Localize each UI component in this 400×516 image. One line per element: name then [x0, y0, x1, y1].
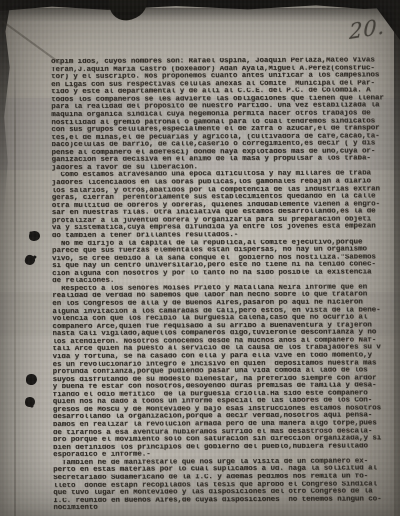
- photo-dark-edge-left: [0, 0, 11, 225]
- photo-dark-edge-top-fade: [0, 8, 400, 22]
- ink-blot: [29, 231, 40, 241]
- ink-blot: [24, 254, 36, 266]
- document-photo: orpim idos, cuyos nombres son: Rafael Os…: [0, 0, 400, 516]
- text-line: nocimiento: [53, 503, 397, 512]
- ink-blot: [26, 374, 37, 385]
- paper-crease-diagonal: [1, 20, 60, 64]
- letter-body: orpim idos, cuyos nombres son: Rafael Os…: [51, 57, 397, 513]
- paper-crease-vertical: [14, 50, 16, 516]
- ink-blot: [25, 397, 35, 407]
